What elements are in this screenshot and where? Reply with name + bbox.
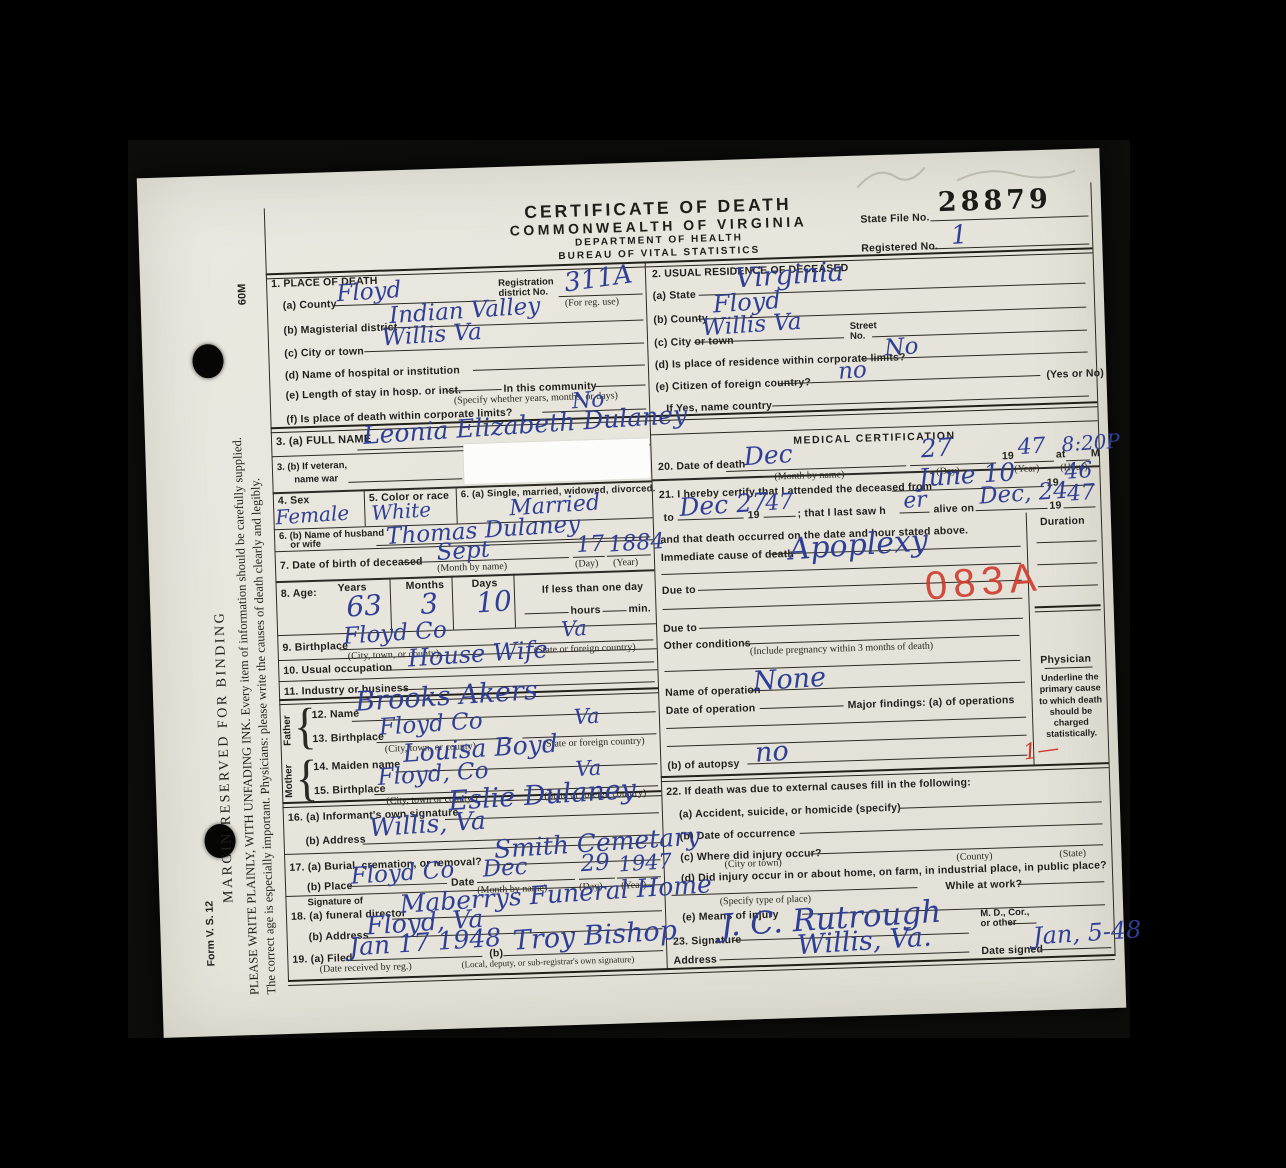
s23-addr-label: Address: [673, 953, 717, 966]
margin-form-number: Form V. S. 12: [203, 901, 217, 967]
s18-sig-label: Signature of: [307, 896, 363, 909]
s17-day: 29: [580, 849, 611, 877]
s7-day-note: (Day): [575, 558, 599, 570]
s2-city-value: Willis Va: [701, 309, 803, 342]
s22-while-line: [1017, 881, 1104, 885]
s8-divider3: [513, 574, 516, 628]
operation-label: Name of operation: [665, 684, 761, 699]
last-seen-year-line: [1064, 506, 1096, 508]
autopsy-label: (b) of autopsy: [667, 758, 740, 772]
s22-b-line: [800, 823, 1103, 834]
s8-months-value: 3: [419, 587, 439, 621]
s3-veteran-line: [348, 478, 462, 483]
s2-citizen-line: [778, 375, 1040, 385]
s22-c-note2: (County): [956, 851, 992, 863]
s1-city-label: (c) City or town: [284, 345, 364, 359]
physician-rule: [1045, 667, 1093, 670]
operation-value: None: [752, 662, 827, 698]
other-conditions-label: Other conditions: [663, 637, 751, 652]
s16-addr-value: Willis, Va: [368, 806, 486, 843]
dod-hour: 8:20P: [1061, 429, 1121, 457]
s8-label: 8. Age:: [281, 587, 317, 600]
physician-note: Underline the primary cause to which dea…: [1037, 671, 1105, 741]
redaction-box: [463, 438, 650, 484]
mother-brace: {: [295, 748, 319, 807]
last-saw-label: ; that I last saw h: [797, 505, 886, 520]
code-stamp: 083A: [923, 555, 1044, 610]
attended-to-year-line: [764, 516, 796, 518]
findings-line1: [666, 717, 1026, 730]
s22-a-line: [899, 801, 1102, 809]
attended-to-year: 47: [764, 489, 794, 516]
due1-label: Due to: [662, 584, 696, 597]
death-certificate-document: Form V. S. 12 MARGIN RESERVED FOR BINDIN…: [137, 148, 1127, 1038]
father-brace: {: [293, 696, 317, 755]
s8-days-value: 10: [475, 584, 513, 619]
registered-number: 1: [950, 220, 968, 251]
punch-hole-top: [192, 344, 224, 379]
s1-hospital-line: [473, 364, 645, 371]
autopsy-value: no: [754, 736, 790, 769]
s8-bottom-rule: [277, 623, 656, 636]
s17-place-value: Floyd Co: [350, 857, 455, 890]
duration-double-line: [1035, 604, 1101, 612]
duration-label: Duration: [1040, 515, 1085, 528]
s8-less-label: If less than one day: [542, 581, 644, 596]
s1-hospital-label: (d) Name of hospital or institution: [285, 364, 460, 381]
s1-regdist-note: (For reg. use): [565, 296, 619, 309]
attended-to-value: Dec 27: [678, 487, 768, 522]
s8-min-line: [603, 610, 627, 612]
s1-stay-label: (e) Length of stay in hosp. or inst.: [285, 384, 461, 402]
s7-month: Sept: [436, 537, 491, 566]
s22-c-note1: (City or town): [724, 857, 782, 870]
s7-day: 17: [576, 531, 606, 558]
s2-citizen-label: (e) Citizen of foreign country?: [655, 376, 811, 393]
duration-line1: [1037, 540, 1097, 543]
s17-month: Dec: [482, 854, 529, 883]
margin-quantity: 60M: [236, 283, 249, 305]
dod-day: 27: [920, 432, 954, 463]
s7-year: 1884: [608, 529, 666, 558]
s7-label: 7. Date of birth of deceased: [280, 556, 423, 572]
alive-on-label: alive on: [933, 502, 974, 515]
margin-binding-note: MARGIN RESERVED FOR BINDING: [212, 596, 238, 918]
s19-registrar-note: (Local, deputy, or sub-registrar's own s…: [461, 954, 634, 969]
father-bp-state: Va: [573, 704, 600, 730]
dod-year: 47: [1017, 433, 1047, 460]
father-name-label: 12. Name: [311, 708, 359, 721]
s2-street-label2: No.: [850, 331, 866, 342]
dod-month: Dec: [743, 439, 794, 471]
s19-note: (Date received by reg.): [319, 961, 411, 975]
to-label: to: [663, 512, 674, 524]
duration-divider: [1026, 513, 1035, 767]
due2-line: [699, 618, 1023, 629]
s8-divider2: [451, 576, 454, 630]
findings-label: Major findings: (a) of operations: [847, 694, 1014, 711]
op-date-line: [760, 705, 844, 709]
s2-citizen-value: no: [837, 357, 867, 385]
s8-years-value: 63: [345, 588, 383, 623]
cause-label: Immediate cause of death: [661, 548, 794, 564]
s2-corporate-value: No: [884, 333, 920, 361]
duration-line3: [1038, 584, 1098, 587]
s9-state-value: Va: [560, 616, 587, 642]
state-file-label: State File No.: [860, 211, 930, 225]
s2-state-label: (a) State: [652, 289, 696, 302]
s2-corporate-label: (d) Is place of residence within corpora…: [655, 351, 906, 371]
s456-cell-divider1: [364, 489, 367, 526]
findings-line2: [667, 735, 1027, 748]
her-value: er: [902, 487, 927, 514]
s17-place-label: (b) Place: [307, 880, 353, 893]
father-bp-label: 13. Birthplace: [312, 731, 384, 745]
s8-hours-line: [525, 612, 569, 615]
sex-value: Female: [275, 501, 350, 530]
s9-label: 9. Birthplace: [282, 640, 348, 654]
s8-min-label: min.: [628, 602, 651, 615]
s22-c-note3: (State): [1059, 848, 1086, 860]
duration-line2: [1037, 562, 1097, 565]
op-date-label: Date of operation: [666, 702, 756, 717]
s22-while-label: While at work?: [945, 878, 1022, 892]
due2-label: Due to: [663, 622, 697, 635]
mother-label: Mother: [283, 764, 295, 798]
s16-addr-label: (b) Address: [305, 833, 366, 847]
s3-fullname-label: 3. (a) FULL NAME: [276, 433, 372, 448]
last-seen-year: 47: [1066, 480, 1096, 507]
tally-mark: 1—: [1022, 736, 1061, 766]
s456-cell-divider2: [456, 486, 459, 523]
state-file-number: 28879: [937, 184, 1052, 219]
s22-a-label: (a) Accident, suicide, or homicide (spec…: [679, 802, 901, 821]
s7-year-note: (Year): [613, 557, 638, 569]
father-label: Father: [282, 715, 294, 746]
s1-city-value: Willis Va: [381, 319, 483, 352]
s10-label: 10. Usual occupation: [283, 662, 392, 677]
physician-label: Physician: [1040, 653, 1091, 667]
s3-veteran-label2: name war: [294, 473, 338, 485]
other-line2: [664, 660, 1020, 672]
s3-veteran-label1: 3. (b) If veteran,: [277, 460, 348, 473]
s1-county-label: (a) County: [283, 298, 337, 312]
